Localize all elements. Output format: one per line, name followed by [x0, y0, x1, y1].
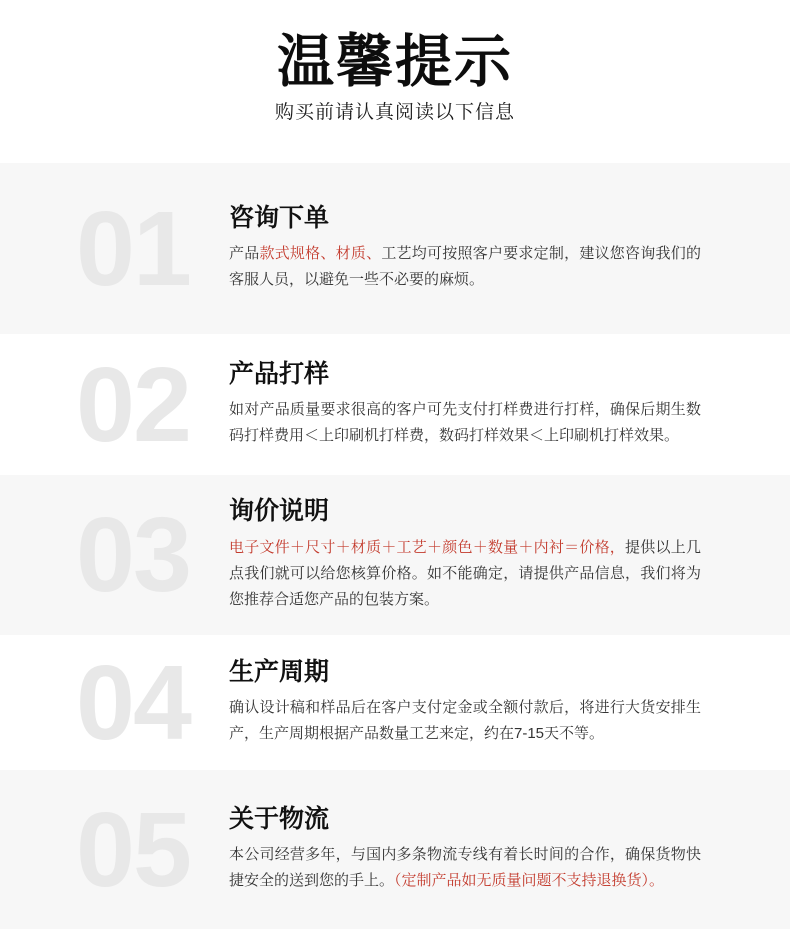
section-content: 咨询下单 产品款式规格、材质、工艺均可按照客户要求定制，建议您咨询我们的客服人员… — [229, 204, 701, 293]
section-content: 询价说明 电子文件＋尺寸＋材质＋工艺＋颜色＋数量＋内衬＝价格，提供以上几点我们就… — [229, 498, 701, 613]
section-number: 03 — [76, 502, 190, 608]
section-heading: 生产周期 — [229, 658, 701, 686]
section-number: 05 — [76, 797, 190, 903]
section-number: 01 — [76, 196, 190, 302]
tip-section-row: 01 咨询下单 产品款式规格、材质、工艺均可按照客户要求定制，建议您咨询我们的客… — [0, 163, 790, 334]
section-content: 关于物流 本公司经营多年，与国内多条物流专线有着长时间的合作，确保货物快捷安全的… — [229, 805, 701, 894]
tip-section-row: 04 生产周期 确认设计稿和样品后在客户支付定金或全额付款后，将进行大货安排生产… — [0, 635, 790, 770]
section-body: 本公司经营多年，与国内多条物流专线有着长时间的合作，确保货物快捷安全的送到您的手… — [229, 842, 701, 894]
warm-tips-page: 温馨提示 购买前请认真阅读以下信息 01 咨询下单 产品款式规格、材质、工艺均可… — [0, 0, 790, 929]
section-body: 如对产品质量要求很高的客户可先支付打样费进行打样，确保后期生数码打样费用＜上印刷… — [229, 397, 701, 449]
section-heading: 产品打样 — [229, 360, 701, 388]
section-number: 04 — [76, 650, 190, 756]
section-heading: 询价说明 — [229, 498, 701, 526]
section-content: 产品打样 如对产品质量要求很高的客户可先支付打样费进行打样，确保后期生数码打样费… — [229, 360, 701, 449]
section-content: 生产周期 确认设计稿和样品后在客户支付定金或全额付款后，将进行大货安排生产，生产… — [229, 658, 701, 747]
section-heading: 咨询下单 — [229, 204, 701, 232]
page-header: 温馨提示 购买前请认真阅读以下信息 — [0, 0, 790, 163]
section-heading: 关于物流 — [229, 805, 701, 833]
tip-section-row: 03 询价说明 电子文件＋尺寸＋材质＋工艺＋颜色＋数量＋内衬＝价格，提供以上几点… — [0, 475, 790, 635]
tip-section-row: 02 产品打样 如对产品质量要求很高的客户可先支付打样费进行打样，确保后期生数码… — [0, 334, 790, 475]
section-body: 电子文件＋尺寸＋材质＋工艺＋颜色＋数量＋内衬＝价格，提供以上几点我们就可以给您核… — [229, 534, 701, 612]
page-title: 温馨提示 — [0, 0, 790, 96]
tips-sections-list: 01 咨询下单 产品款式规格、材质、工艺均可按照客户要求定制，建议您咨询我们的客… — [0, 163, 790, 929]
section-number: 02 — [76, 352, 190, 458]
section-body: 产品款式规格、材质、工艺均可按照客户要求定制，建议您咨询我们的客服人员，以避免一… — [229, 241, 701, 293]
body-text-highlight: 款式规格、材质、 — [259, 245, 381, 262]
tip-section-row: 05 关于物流 本公司经营多年，与国内多条物流专线有着长时间的合作，确保货物快捷… — [0, 770, 790, 929]
body-text: 产品 — [229, 245, 259, 262]
body-text: 如对产品质量要求很高的客户可先支付打样费进行打样，确保后期生数码打样费用＜上印刷… — [229, 401, 701, 444]
body-text-highlight: 电子文件＋尺寸＋材质＋工艺＋颜色＋数量＋内衬＝价格， — [229, 538, 625, 555]
section-body: 确认设计稿和样品后在客户支付定金或全额付款后，将进行大货安排生产，生产周期根据产… — [229, 695, 701, 747]
page-subtitle: 购买前请认真阅读以下信息 — [0, 102, 790, 125]
body-text: 确认设计稿和样品后在客户支付定金或全额付款后，将进行大货安排生产，生产周期根据产… — [229, 699, 701, 742]
body-text-highlight: （定制产品如无质量问题不支持退换货）。 — [394, 872, 664, 889]
